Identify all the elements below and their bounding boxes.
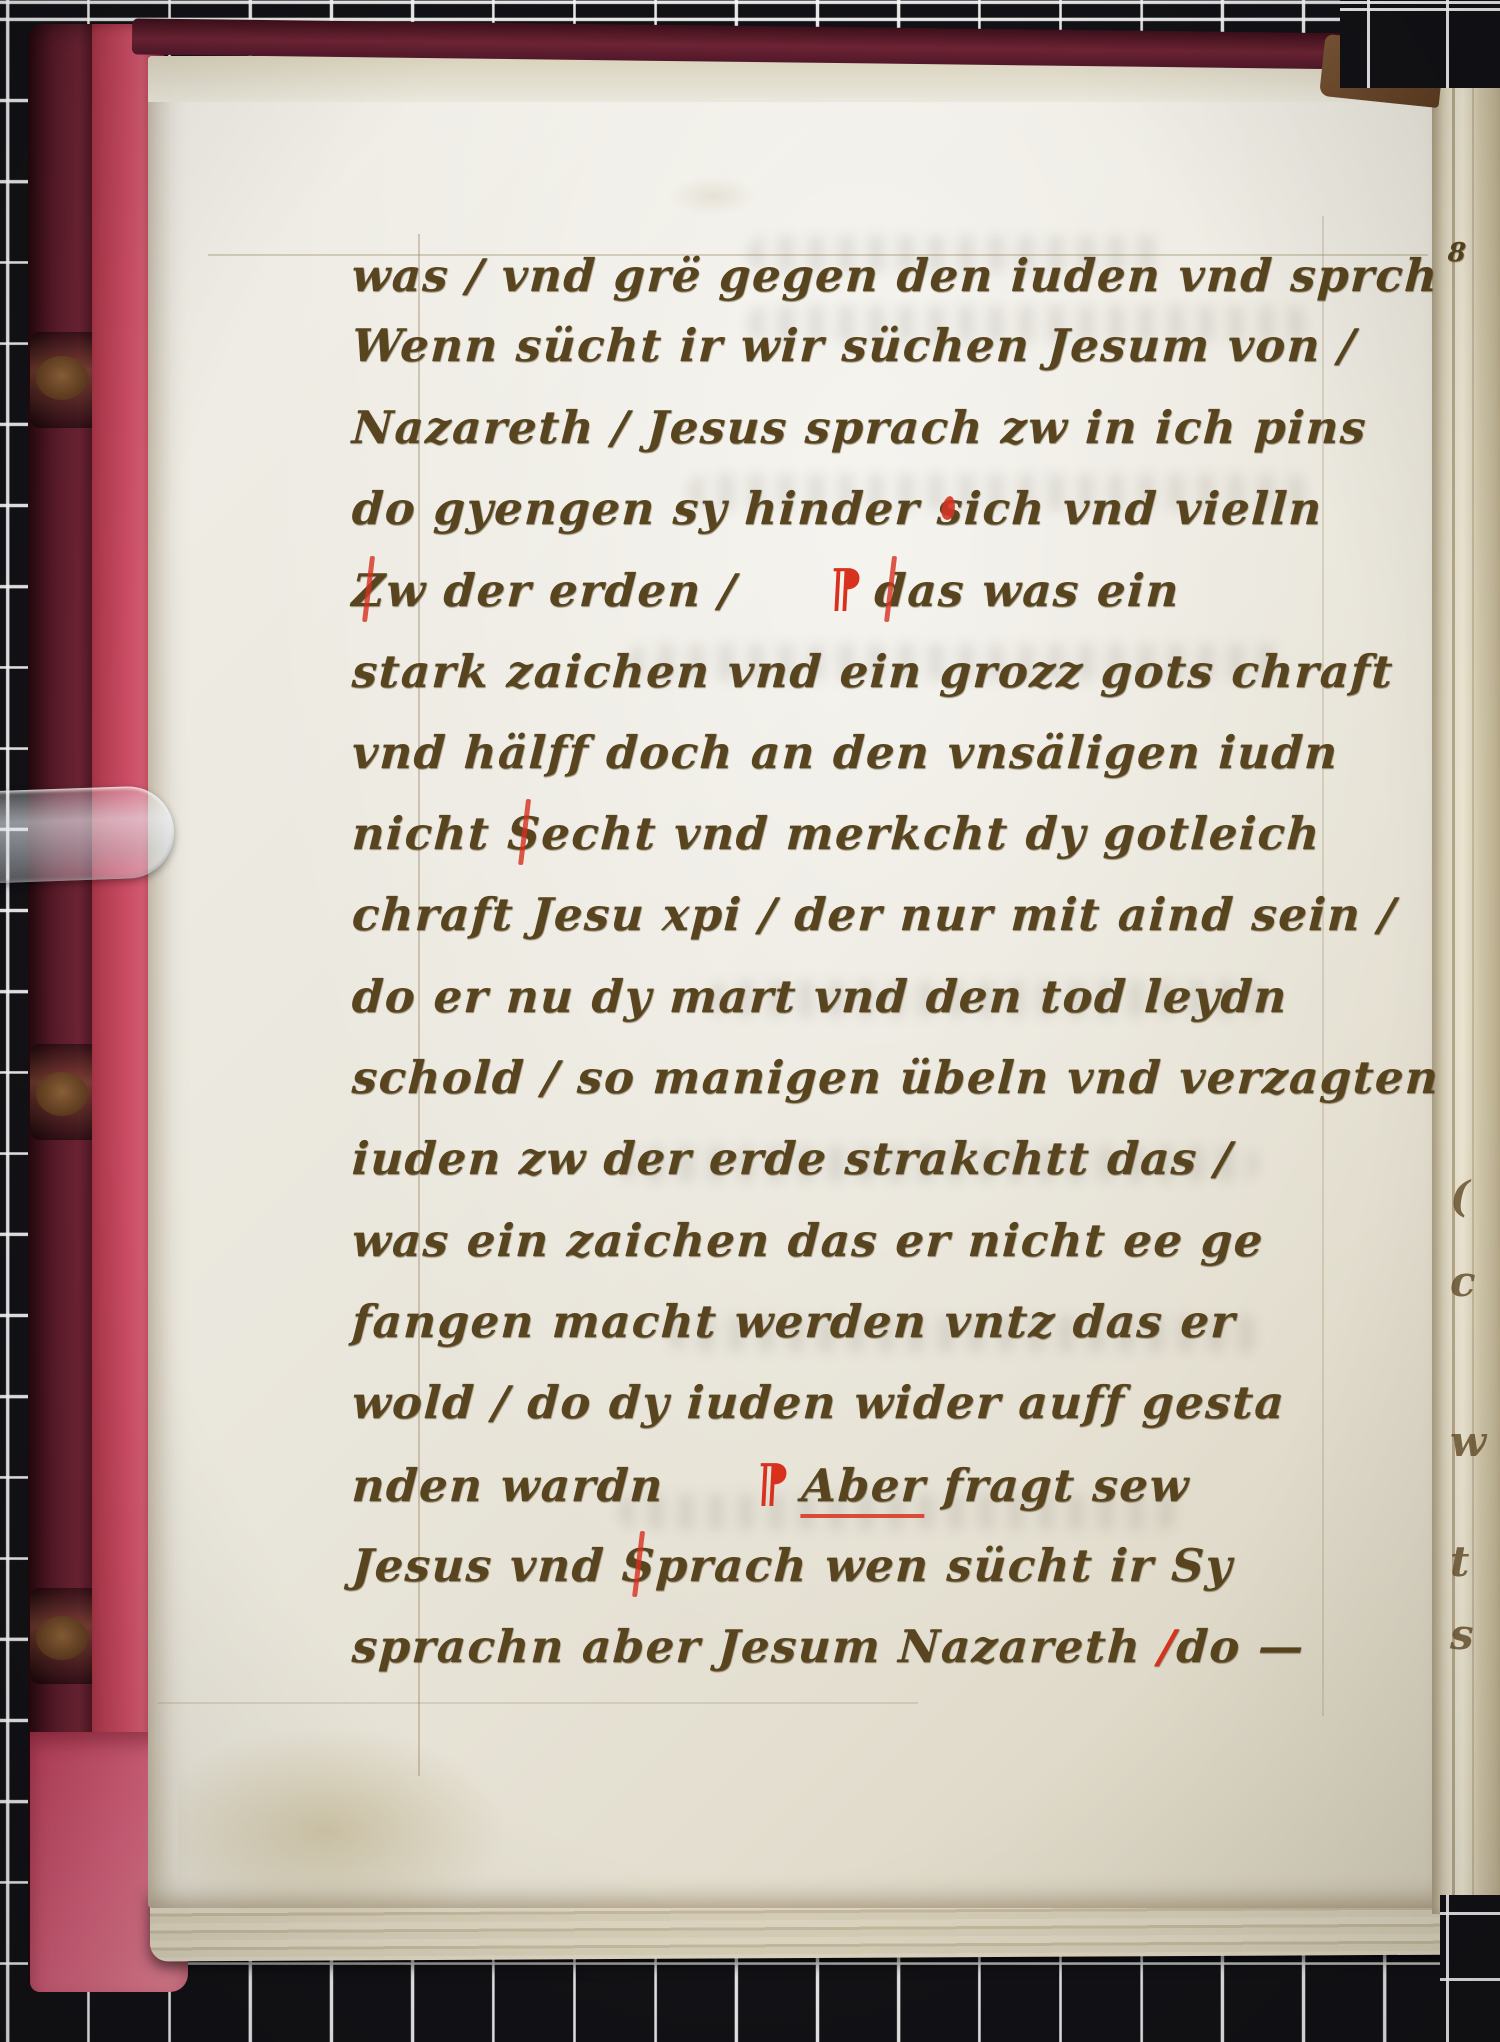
- text-segment: was / vnd grë gegen den iuden vnd sprch: [350, 249, 1440, 302]
- photo: (cwts was / vnd grë gegen den iuden vnd …: [0, 0, 1500, 2042]
- text-segment: w der erden /: [385, 564, 738, 617]
- manuscript-line: do gyengen sy hinder sich vnd vielln: [351, 482, 1325, 535]
- manuscript-line: Jesus vnd Sprach wen sücht ir Sy: [351, 1539, 1235, 1592]
- text-segment: S: [506, 807, 543, 860]
- manuscript-line: Wenn sücht ir wir süchen Jesum von /: [351, 319, 1358, 372]
- manuscript-line: vnd hälff doch an den vnsäligen iudn: [351, 726, 1340, 779]
- text-segment: Z: [351, 564, 388, 617]
- text-segment: do —: [1175, 1620, 1306, 1673]
- calibration-grid: [1440, 1895, 1500, 2042]
- text-segment: S: [621, 1539, 658, 1592]
- manuscript-line: nden wardn¶Aber fragt sew: [351, 1458, 1192, 1512]
- manuscript-line: Zw der erden /¶das was ein: [351, 563, 1182, 617]
- text-segment: Jesus vnd: [351, 1539, 624, 1592]
- text-segment: Nazareth / Jesus sprach zw in ich pins: [351, 401, 1369, 454]
- manuscript-line: stark zaichen vnd ein grozz gots chraft: [351, 645, 1396, 698]
- text-segment: echt vnd merkcht dy gotleich: [540, 807, 1322, 860]
- text-segment: chraft Jesu xpi / der nur mit aind sein …: [351, 888, 1398, 941]
- pilcrow-mark: ¶: [827, 563, 864, 615]
- text-segment: schold / so manigen übeln vnd verzagten: [351, 1051, 1441, 1104]
- text-segment: fangen macht werden vntz das er: [351, 1295, 1238, 1348]
- manuscript-line: Nazareth / Jesus sprach zw in ich pins: [351, 401, 1369, 454]
- manuscript-line: wold / do dy iuden wider auff gesta: [351, 1376, 1287, 1429]
- text-segment: vnd hälff doch an den vnsäligen iudn: [351, 726, 1340, 779]
- text-segment: sprachn aber Jesum Nazareth: [351, 1620, 1160, 1673]
- manuscript-line: do er nu dy mart vnd den tod leydn: [351, 970, 1290, 1023]
- text-segment: Aber: [800, 1459, 928, 1518]
- manuscript-line: nicht Secht vnd merkcht dy gotleich: [351, 807, 1323, 860]
- calibration-grid: [1340, 0, 1500, 88]
- text-segment: do er nu dy mart vnd den tod leydn: [351, 970, 1290, 1023]
- manuscript-line: was / vnd grë gegen den iuden vnd sprch8: [350, 238, 1468, 302]
- text-segment: wold / do dy iuden wider auff gesta: [351, 1376, 1287, 1429]
- page-holder-clip: [0, 785, 176, 883]
- text-segment: fragt sew: [925, 1459, 1191, 1512]
- text-block: was / vnd grë gegen den iuden vnd sprch8…: [0, 0, 1500, 2042]
- text-segment: stark zaichen vnd ein grozz gots chraft: [351, 645, 1396, 698]
- text-segment: do gyengen sy hinder sich vnd vielln: [351, 482, 1325, 535]
- text-segment: d: [873, 564, 909, 617]
- manuscript-line: sprachn aber Jesum Nazareth /do —: [351, 1620, 1306, 1673]
- text-segment: nicht: [351, 807, 509, 860]
- manuscript-line: fangen macht werden vntz das er: [351, 1295, 1238, 1348]
- text-segment: Wenn sücht ir wir süchen Jesum von /: [351, 319, 1358, 372]
- manuscript-line: chraft Jesu xpi / der nur mit aind sein …: [351, 888, 1398, 941]
- text-segment: nden wardn: [351, 1459, 666, 1512]
- text-segment: iuden zw der erde strakchtt das /: [351, 1132, 1235, 1185]
- text-segment: as was ein: [906, 564, 1181, 617]
- manuscript-line: iuden zw der erde strakchtt das /: [351, 1132, 1235, 1185]
- text-segment: was ein zaichen das er nicht ee ge: [351, 1214, 1266, 1267]
- folio-number: 8: [1447, 238, 1468, 268]
- text-segment: prach wen sücht ir Sy: [655, 1539, 1235, 1592]
- manuscript-line: was ein zaichen das er nicht ee ge: [351, 1214, 1266, 1267]
- pilcrow-mark: ¶: [754, 1458, 791, 1510]
- manuscript-line: schold / so manigen übeln vnd verzagten: [351, 1051, 1441, 1104]
